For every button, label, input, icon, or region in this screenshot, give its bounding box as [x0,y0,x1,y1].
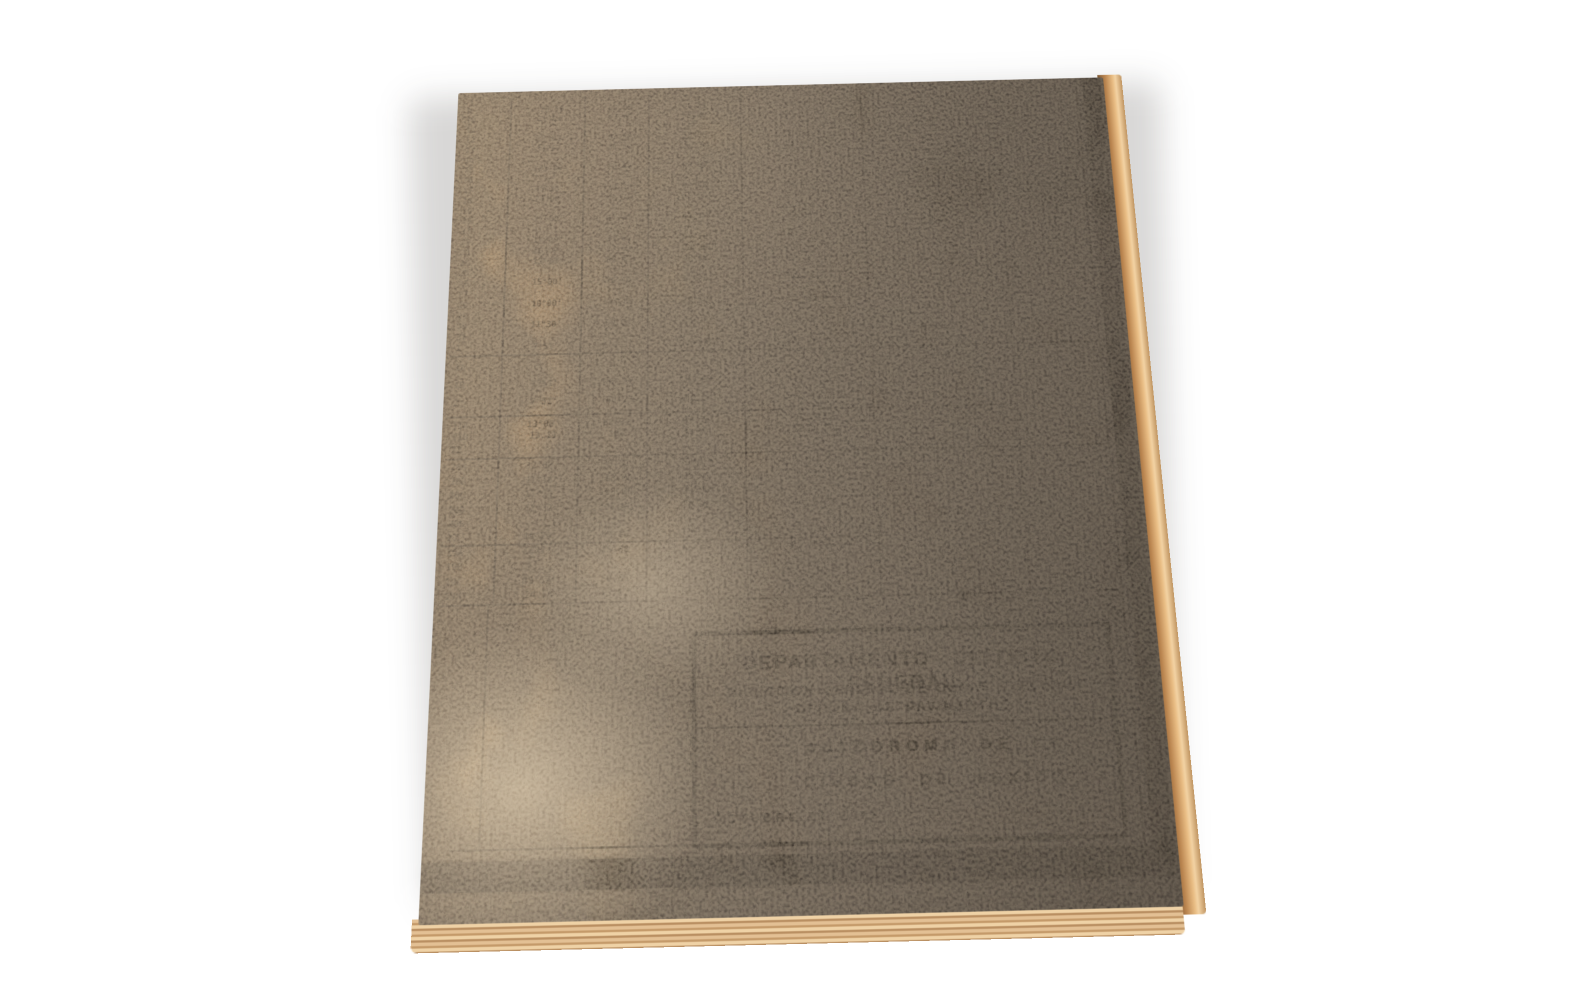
cell-value [588,127,651,129]
cell-value: 15.00 [580,543,650,556]
frame-line-bottom [448,844,697,852]
row-label: 27 [440,532,500,544]
cell-angle2 [651,205,743,207]
cell-value: 146.22 [583,376,650,388]
cell-angle: 7°51' [505,378,584,390]
row-label: 24 [453,258,509,268]
cell-angle [503,448,583,450]
cell-value: 103 [582,428,650,440]
cell-angle [507,335,585,337]
survey-table: 9 18 50 62.00 61°52' 67.12 M 10 21°01' 4… [437,86,1029,605]
folded-document: 9 18 50 62.00 61°52' 67.12 M 10 21°01' 4… [418,77,1183,925]
cell-total [868,271,1006,274]
cell-value: 77.63 [586,244,651,254]
cell-value [588,157,652,159]
cell-value: 59.68 [584,318,650,329]
cell-angle2 [650,361,745,363]
cell-total [880,539,1026,543]
cell-length: 459.86 M [746,371,873,384]
cell-angle2 [651,267,745,269]
row-label: 9 [460,106,515,116]
cell-angle2: 85°55' [650,414,747,427]
row-label: 22 [444,444,503,456]
row-label: 30 [450,322,507,333]
cell-value: 35.81 [582,458,650,470]
project-name-line2: CIUDAD DE MEXICO [696,765,1119,795]
row-label: 13 [459,146,514,156]
cell-total [875,425,1018,428]
cell-angle: 7°51' [506,341,584,352]
document-sheet: 9 18 50 62.00 61°52' 67.12 M 10 21°01' 4… [418,77,1183,925]
row-label: 27 [452,290,509,300]
cell-value: 47.76 [587,193,652,203]
cell-value [585,312,651,314]
cell-length [742,122,862,125]
cell-angle: 14°03' [513,134,588,144]
row-label: 19A [439,547,499,560]
cell-value [584,334,650,336]
cell-angle: 36°57' [513,144,588,154]
cell-value [586,228,651,230]
line-extension [1012,340,1100,344]
cell-length: 489.36 M [745,334,871,346]
cell-total [867,250,1005,253]
cell-angle [512,178,587,180]
cell-angle2: 65°44' [649,541,749,554]
cell-length: 156.07 M [748,495,878,509]
cell-angle: 11°18' [501,488,582,501]
cell-angle2 [650,310,744,312]
cell-angle2: 180°00' [650,374,746,387]
title-block: DEPARTAMENTO DISTRITO FEDERAL DIRECCION … [691,622,1128,849]
cell-angle2: 180°00' [650,392,747,405]
cell-angle2: 75.56 [649,526,748,539]
row-label: 26C [442,490,501,502]
cell-angle2 [651,226,744,228]
cell-value: 103.00 [581,486,650,498]
cell-length [742,151,863,154]
cell-angle [508,292,585,294]
cell-angle: 7°51' [504,396,583,408]
cell-total [867,240,1004,243]
cell-value [585,291,650,293]
table-section-main: 9 18 50 62.00 61°52' 67.12 M 10 21°01' 4… [449,94,1011,355]
title-divider-line [696,717,1114,729]
cell-length [743,202,865,205]
cell-angle: 10°00' [507,298,585,309]
cell-angle: 32°00' [502,460,583,473]
cell-angle: 40°30' [512,184,588,194]
row-label: 25 [453,269,510,279]
cell-angle2: 30°00' [649,470,747,483]
cell-angle: 14°00' [510,235,587,246]
cell-length: 109.34 [749,581,881,595]
cell-value [587,207,651,209]
cell-angle: 13°00' [503,418,583,430]
cell-value: 59.10 [580,529,649,542]
cell-total [869,293,1008,296]
cell-angle2: 30°00' [649,484,747,497]
cell-angle2 [649,561,749,563]
cell-value: 31.40 [588,142,652,152]
cell-value: 103.00 [581,472,650,484]
row-label: 11A [445,420,504,432]
ink-blot [955,590,971,602]
row-label: 28 [451,300,508,310]
cell-total [877,482,1022,486]
cell-angle: 16°00' [509,246,586,257]
cell-angle [499,565,581,567]
cell-value: 100.00 [581,500,650,513]
cell-length [744,223,867,226]
cell-value: 50.55 [579,572,649,585]
cell-angle [506,365,584,367]
cell-length: 65.04 M [747,453,876,467]
cell-value: 76.40 [585,276,651,287]
cell-length [748,514,878,517]
cell-total [865,189,1001,192]
cell-length: 125.55 [749,566,881,580]
cell-length: 155.23 M [748,481,878,495]
cell-length [743,172,864,175]
cell-value: 84.83 [586,255,651,265]
cell-angle2 [649,517,748,519]
cell-angle: 18 50 [514,104,588,114]
cell-angle [500,522,581,524]
cell-angle2 [651,125,742,127]
cell-angle2: 104°04' [650,456,748,469]
cell-angle: 24.50 [497,588,580,601]
row-label: 26E [441,518,501,530]
row-label: 15 [458,166,513,176]
cell-total [879,525,1025,529]
row-label: 16 [457,176,512,186]
cell-angle2: 135°07' [649,584,749,598]
cell-angle2 [651,288,745,290]
line-extension [1030,588,1122,592]
cell-angle: 11°32' [500,502,581,515]
row-label: 1B [447,380,505,392]
row-label: 19B [439,561,499,574]
cell-length: 155.29 M [747,467,876,481]
cell-length [745,328,870,331]
cell-value: 28.20 [587,183,651,193]
cell-total [861,99,994,102]
cell-value: 144.60 [585,297,651,308]
cell-total [867,230,1004,233]
dark-border-band-bottom [420,844,1175,893]
row-label: 1 [449,343,507,354]
line-extension [1020,442,1109,446]
row-label: 20 [455,217,511,227]
cell-total [877,468,1021,472]
title-date: OCTUBRE DE 1958. [696,803,1139,827]
cell-angle [507,314,584,316]
row-label: 26 [452,279,509,289]
cell-total: 345.44 M [873,367,1014,381]
cell-value [582,446,650,448]
cell-total [864,178,999,181]
cell-angle: 13°30' [509,256,586,267]
photo-background: 9 18 50 62.00 61°52' 67.12 M 10 21°01' 4… [0,0,1590,1001]
cell-angle [511,209,587,211]
cell-angle2: 100°00' [650,338,745,350]
cell-length [747,441,875,444]
cell-value [584,363,650,365]
row-label: 26B [443,476,502,488]
row-label: 26D [441,504,501,516]
cell-total [864,158,999,161]
table-section-b: 1A 345.44 M. 1B 7°51' 146.22 180° [446,346,1015,414]
cell-value [580,563,649,565]
cell-value: 15.62 [579,587,649,600]
cell-total: 345.44 M. [872,350,1013,364]
cell-angle [510,229,586,231]
cell-total [861,109,994,112]
row-label: 11B [445,432,504,444]
cell-angle [513,158,588,160]
project-name-line1: AUTODROMO DE LA [696,732,1116,762]
cell-total [866,209,1002,212]
cell-length [749,557,881,560]
row-label: 31 [450,333,507,344]
cell-total [871,336,1011,339]
cell-angle: 16°17' [499,545,581,558]
cell-length [745,307,870,310]
row-label: 21 [455,227,511,237]
cell-length [746,358,872,361]
cell-value [587,177,651,179]
cell-angle: 22°57' [498,574,580,587]
row-label: 29 [451,311,508,321]
row-label: 23 [454,248,510,258]
cell-total [870,314,1010,317]
table-section-d: 26A 32°00' 35.81 104°04' 65.04 M 26B 11°… [437,447,1029,605]
cell-angle2: 138°55' [649,570,749,584]
cell-angle2 [651,154,742,156]
cell-angle: 24°00' [511,194,587,204]
cell-value [586,270,651,272]
row-label: 19X [437,590,498,603]
cell-value: 60.32 [582,416,650,428]
cell-total [876,454,1020,458]
cell-total [878,497,1023,501]
cell-angle [514,128,588,130]
cell-angle2: 88°40' [651,252,745,263]
cell-length: 285.86 M [746,389,873,402]
cell-length [745,285,869,288]
cell-length [744,264,868,267]
cell-angle: 13.11 [503,430,583,442]
row-label: 2 [446,398,504,410]
row-label: 26A [443,462,502,474]
cell-length: 61.30 M. [748,538,879,552]
row-label: 10 [460,116,515,126]
frame-line-left [478,604,489,851]
cell-value [581,520,650,522]
cell-angle2: 30°00' [649,498,748,511]
cell-total [874,413,1016,416]
row-label: 19C [438,576,498,589]
row-label: 19 [456,206,512,216]
cell-total [881,568,1028,572]
cell-value: 146.22 [584,340,651,351]
cell-angle2 [650,444,747,446]
cell-angle: 19°29' [499,530,581,543]
cell-length: 77.51 [748,523,879,537]
cell-value: 81.86 [586,234,651,244]
cell-total: 16.13 M [875,432,1018,446]
row-label: 1A [448,362,506,374]
cell-angle2 [650,331,745,333]
cell-value: 82.00 [588,132,652,142]
cell-angle [509,271,586,273]
cell-value: 62.00 [588,103,651,113]
cell-value: 146.22 [583,394,650,406]
cell-total [863,138,997,141]
row-label: 17 [457,186,513,196]
row-label: 12 [459,136,514,146]
cell-angle2 [651,175,743,177]
cell-total [862,128,996,131]
row-label: 14 [458,156,513,166]
row-label: 22 [454,237,510,247]
row-label: 18 [456,196,512,206]
cell-angle: 11°18' [501,474,582,487]
cell-total [873,391,1015,394]
cell-total [882,583,1030,587]
row-label: 11 [459,126,514,136]
